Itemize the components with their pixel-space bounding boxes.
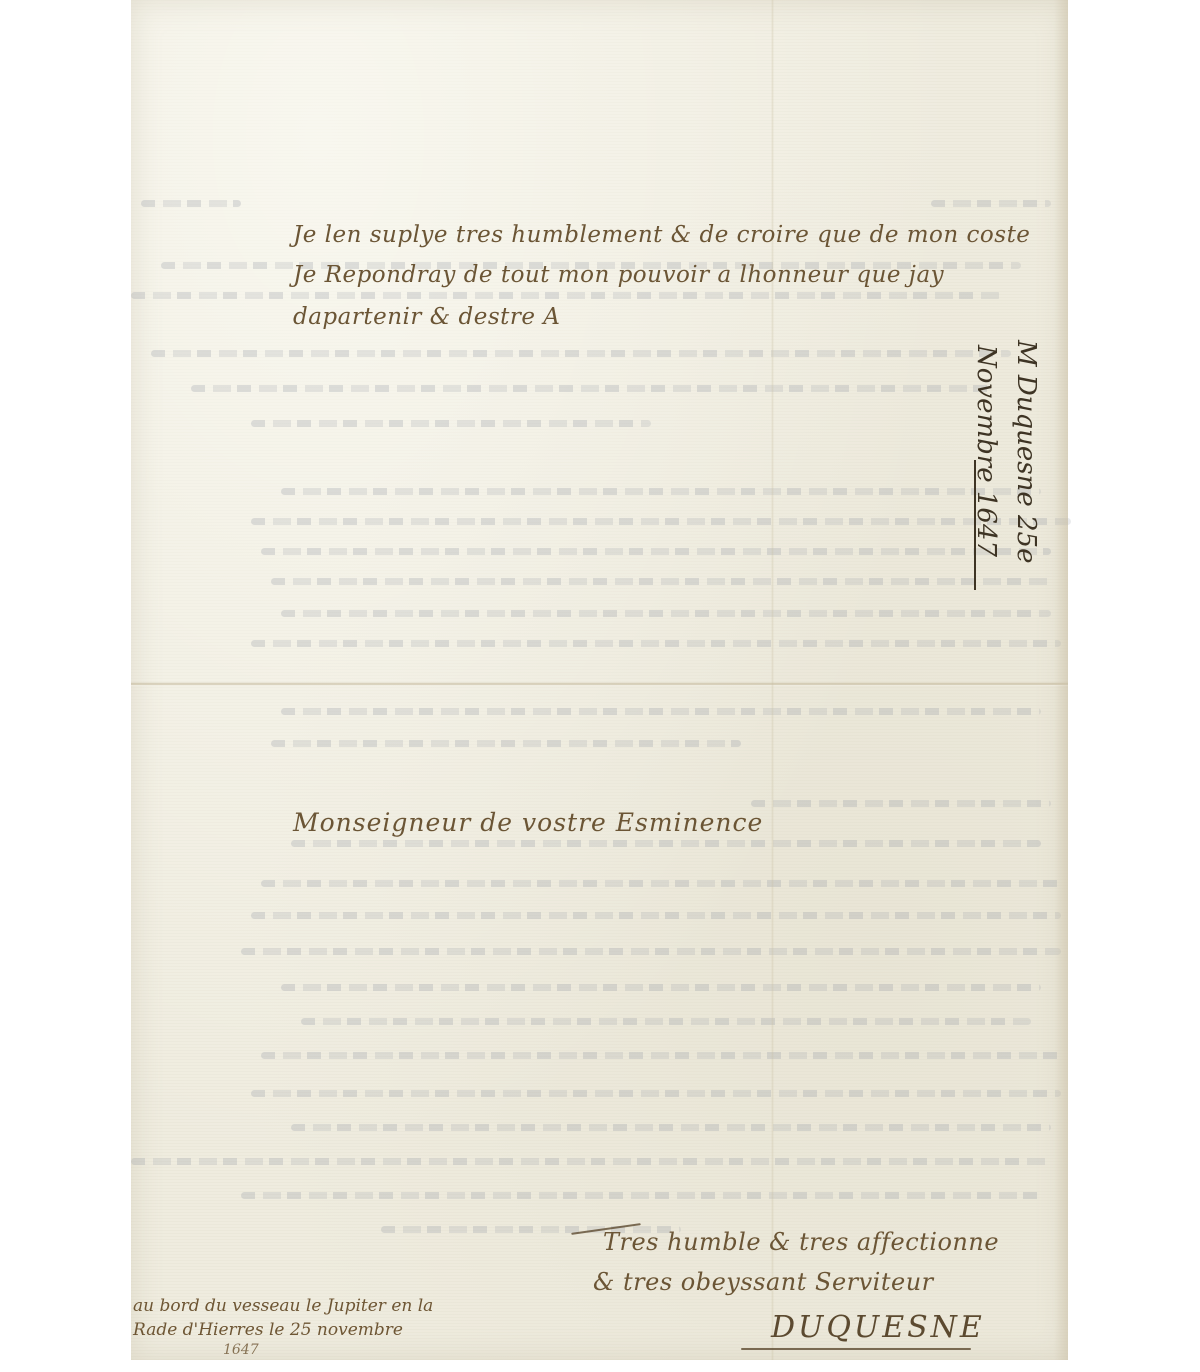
closing-line-2: & tres obeyssant Serviteur	[593, 1268, 934, 1296]
place-date-line-1: au bord du vesseau le Jupiter en la	[133, 1296, 433, 1316]
place-date-year: 1647	[223, 1342, 259, 1358]
vertical-fold	[771, 0, 774, 1360]
horizontal-fold	[131, 682, 1068, 686]
closing-line-1: Tres humble & tres affectionne	[603, 1228, 999, 1256]
signature-flourish	[741, 1348, 971, 1350]
signature: DUQUESNE	[771, 1310, 985, 1345]
body-line-1: Je len suplye tres humblement & de croir…	[293, 222, 1030, 248]
bleed-through-text	[131, 0, 1068, 1360]
page-edge-shadow	[1054, 0, 1068, 1360]
place-date-line-2: Rade d'Hierres le 25 novembre	[133, 1320, 403, 1340]
body-line-2: Je Repondray de tout mon pouvoir a lhonn…	[293, 262, 944, 288]
marginal-underline	[974, 460, 976, 590]
marginal-note-line-1: M Duquesne 25e	[1011, 340, 1041, 563]
letter-page: Je len suplye tres humblement & de croir…	[131, 0, 1068, 1360]
body-line-3: dapartenir & destre A	[293, 304, 560, 330]
salutation: Monseigneur de vostre Esminence	[293, 808, 763, 837]
